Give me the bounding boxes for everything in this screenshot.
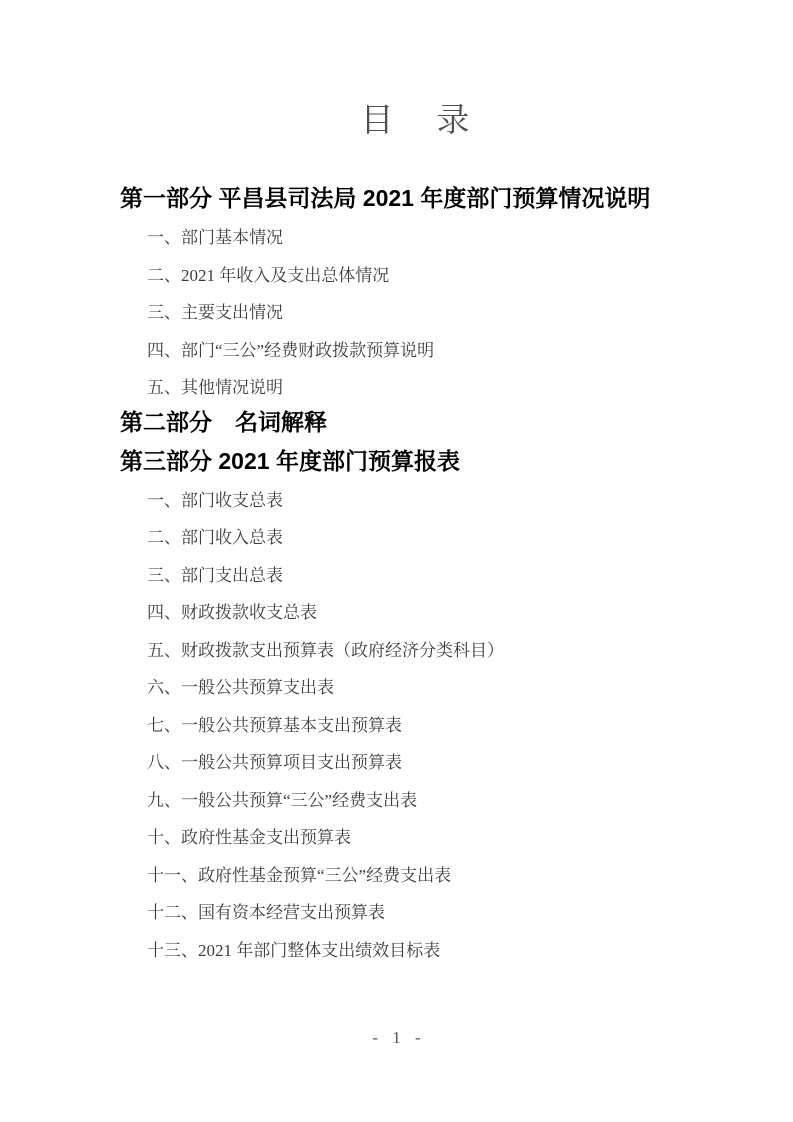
document-page: 目 录 第一部分 平昌县司法局 2021 年度部门预算情况说明 一、部门基本情况… <box>0 0 793 1122</box>
toc-item: 四、部门“三公”经费财政拨款预算说明 <box>120 332 715 370</box>
toc-item: 九、一般公共预算“三公”经费支出表 <box>120 782 715 820</box>
toc-item: 一、部门收支总表 <box>120 482 715 520</box>
toc-item: 五、其他情况说明 <box>120 369 715 407</box>
page-number: - 1 - <box>0 1028 793 1048</box>
toc-item: 六、一般公共预算支出表 <box>120 669 715 707</box>
toc-item: 二、部门收入总表 <box>120 519 715 557</box>
toc-section-part3: 第三部分 2021 年度部门预算报表 一、部门收支总表 二、部门收入总表 三、部… <box>120 445 715 970</box>
toc-item: 五、财政拨款支出预算表（政府经济分类科目） <box>120 632 715 670</box>
toc-list-part3: 一、部门收支总表 二、部门收入总表 三、部门支出总表 四、财政拨款收支总表 五、… <box>120 482 715 970</box>
toc-item: 一、部门基本情况 <box>120 219 715 257</box>
toc-item: 三、主要支出情况 <box>120 294 715 332</box>
toc-item: 十一、政府性基金预算“三公”经费支出表 <box>120 857 715 895</box>
toc-item: 十二、国有资本经营支出预算表 <box>120 894 715 932</box>
toc-item: 三、部门支出总表 <box>120 557 715 595</box>
toc-item: 七、一般公共预算基本支出预算表 <box>120 707 715 745</box>
toc-item: 十三、2021 年部门整体支出绩效目标表 <box>120 932 715 970</box>
toc-section-part2: 第二部分 名词解释 <box>120 406 715 438</box>
toc-list-part1: 一、部门基本情况 二、2021 年收入及支出总体情况 三、主要支出情况 四、部门… <box>120 219 715 407</box>
toc-item: 八、一般公共预算项目支出预算表 <box>120 744 715 782</box>
toc-item: 四、财政拨款收支总表 <box>120 594 715 632</box>
toc-item: 十、政府性基金支出预算表 <box>120 819 715 857</box>
page-title: 目 录 <box>120 100 715 140</box>
toc-section-part1: 第一部分 平昌县司法局 2021 年度部门预算情况说明 一、部门基本情况 二、2… <box>120 182 715 407</box>
section-heading-part1: 第一部分 平昌县司法局 2021 年度部门预算情况说明 <box>120 182 715 214</box>
section-heading-part3: 第三部分 2021 年度部门预算报表 <box>120 445 715 477</box>
toc-item: 二、2021 年收入及支出总体情况 <box>120 257 715 295</box>
section-heading-part2: 第二部分 名词解释 <box>120 406 715 438</box>
